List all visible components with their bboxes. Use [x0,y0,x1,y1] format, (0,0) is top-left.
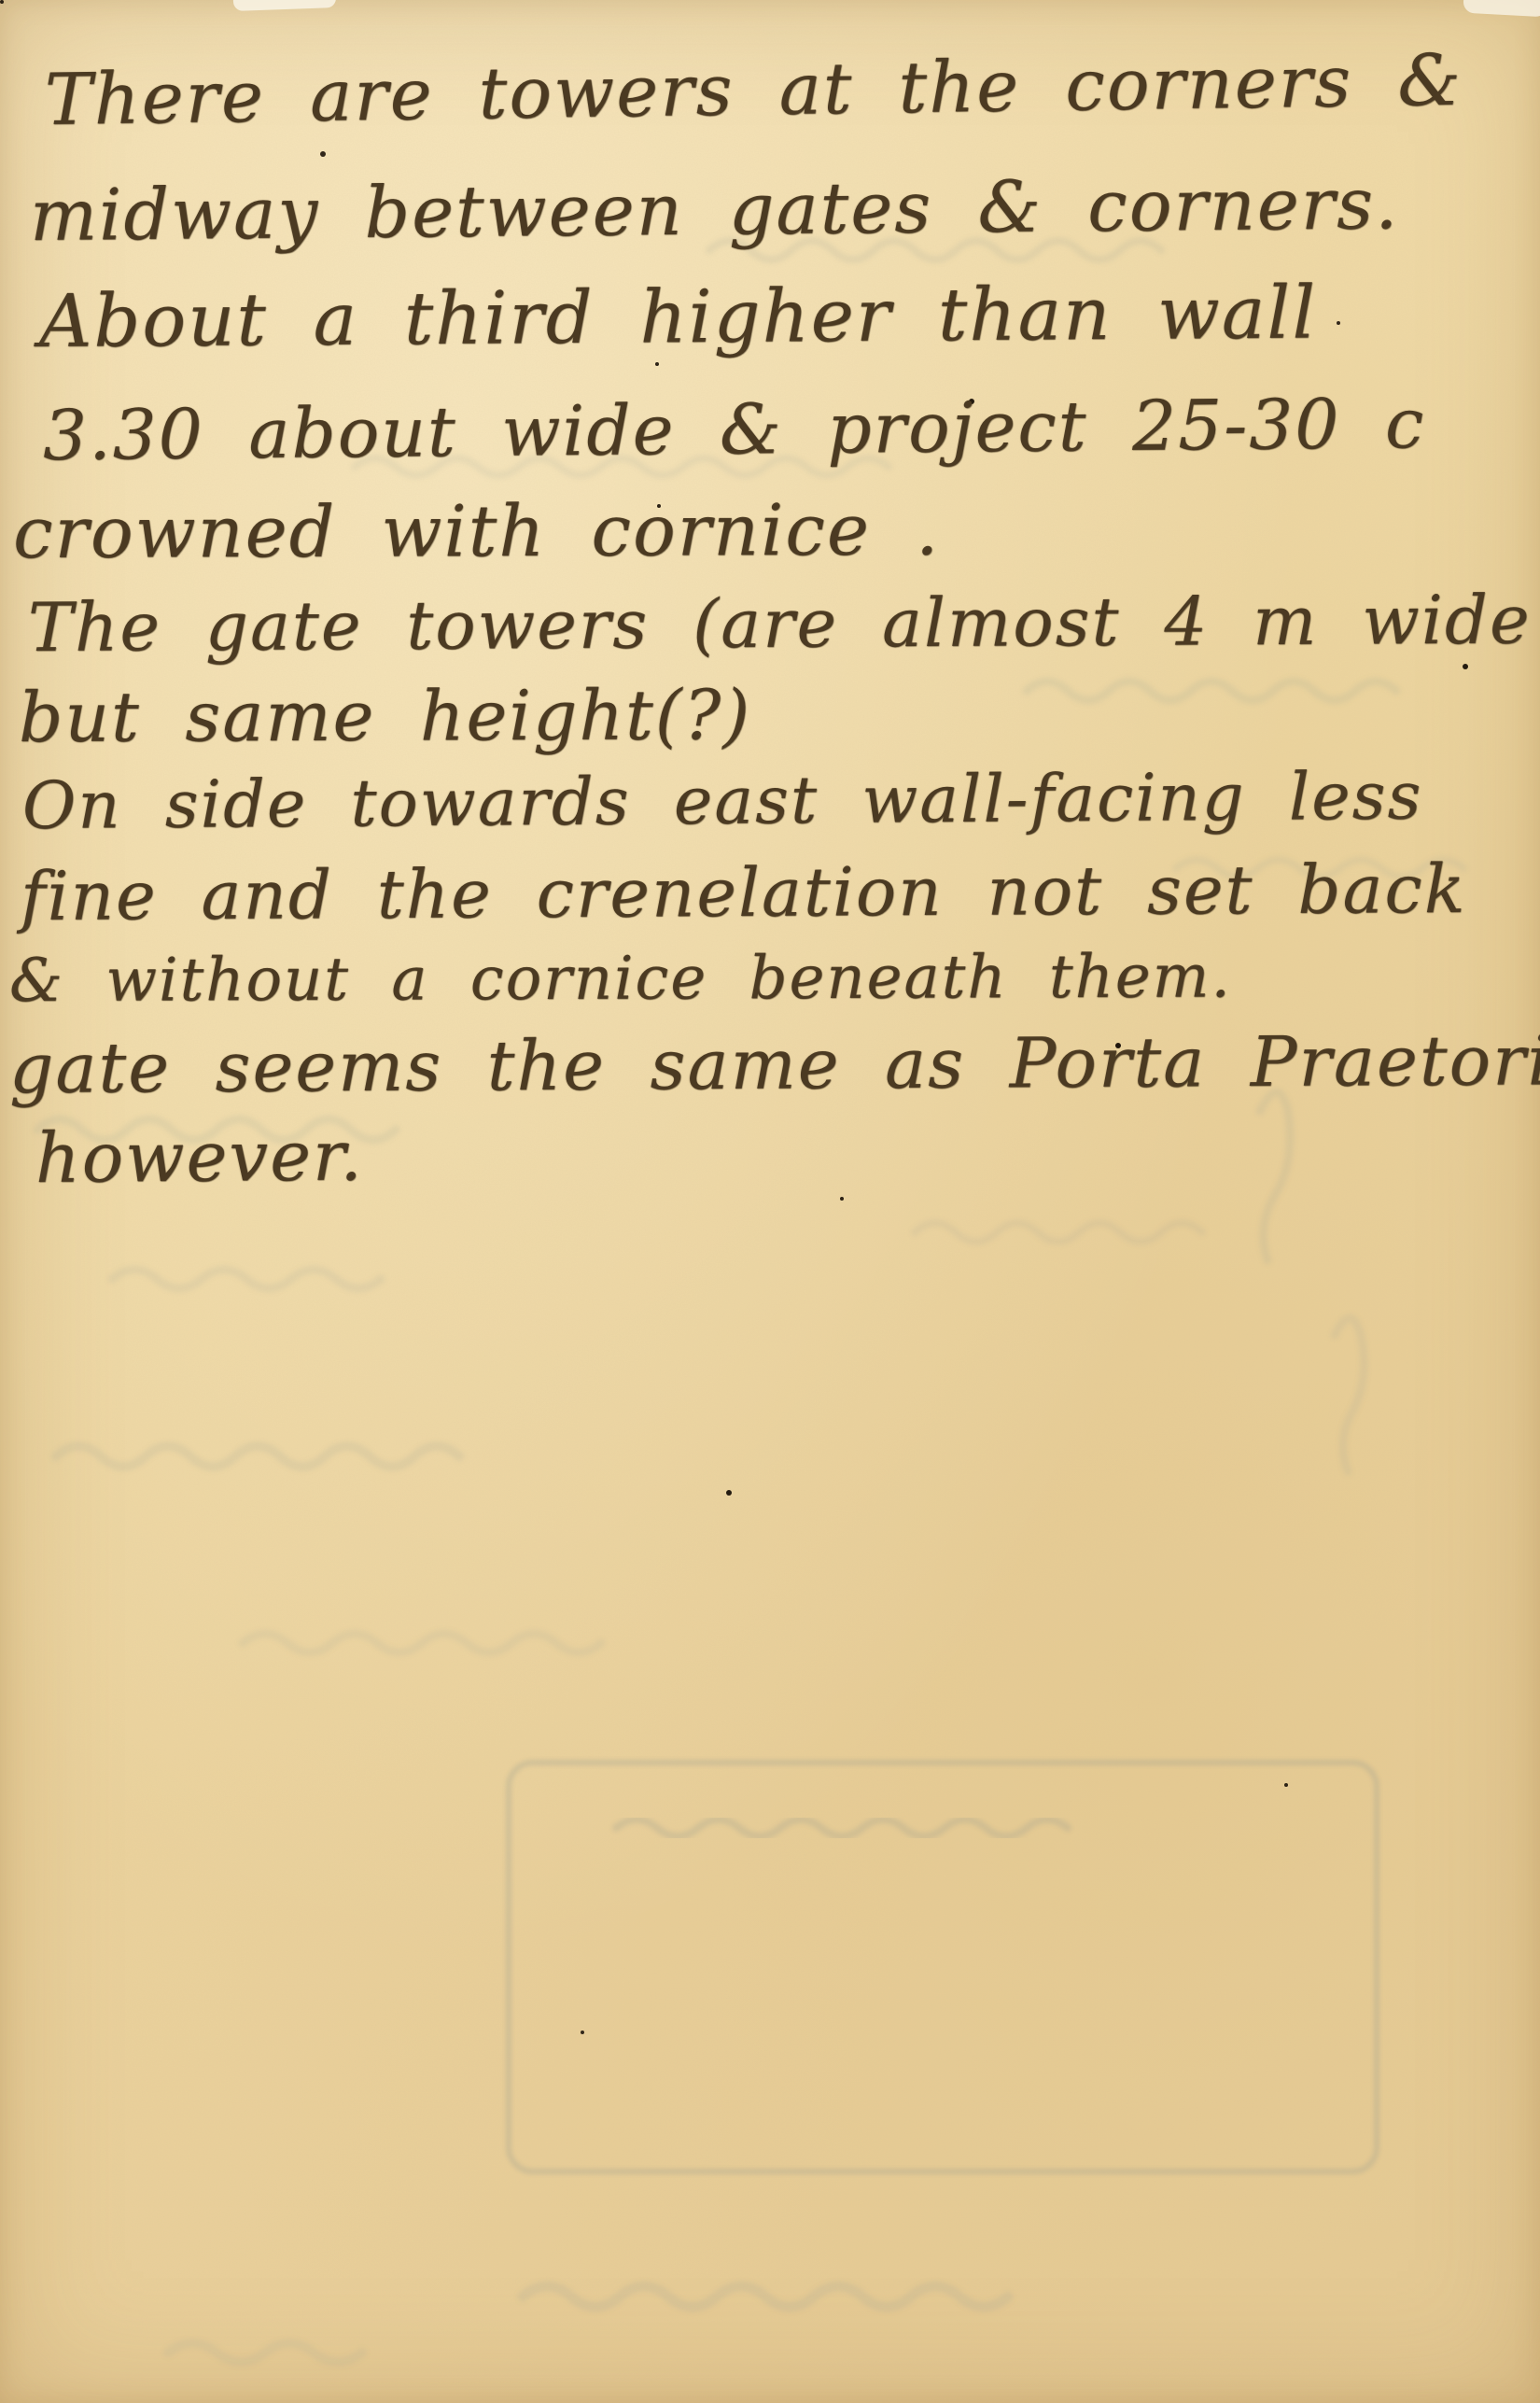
handwritten-line: 3.30 about wide & project 25-30 c [43,384,1426,476]
handwritten-line: & without a cornice beneath them. [9,942,1232,1016]
handwritten-line: fine and the crenelation not set back [21,850,1467,935]
handwritten-line: but same height(?) [19,675,751,758]
notebook-page: There are towers at the corners & midway… [0,0,1540,2403]
handwritten-line: crowned with cornice . [13,488,941,574]
handwritten-line: The gate towers (are almost 4 m wide [28,581,1532,667]
handwritten-line: On side towards east wall-facing less [22,758,1423,844]
handwritten-line: gate seems the same as Porta Praetoria [9,1020,1540,1109]
handwritten-line: There are towers at the corners & [44,38,1463,141]
handwritten-line: About a third higher than wall [39,271,1318,364]
handwritten-text-block: There are towers at the corners & midway… [0,0,1540,2403]
handwritten-line: midway between gates & corners. [30,162,1400,257]
handwritten-line: however. [35,1117,364,1199]
